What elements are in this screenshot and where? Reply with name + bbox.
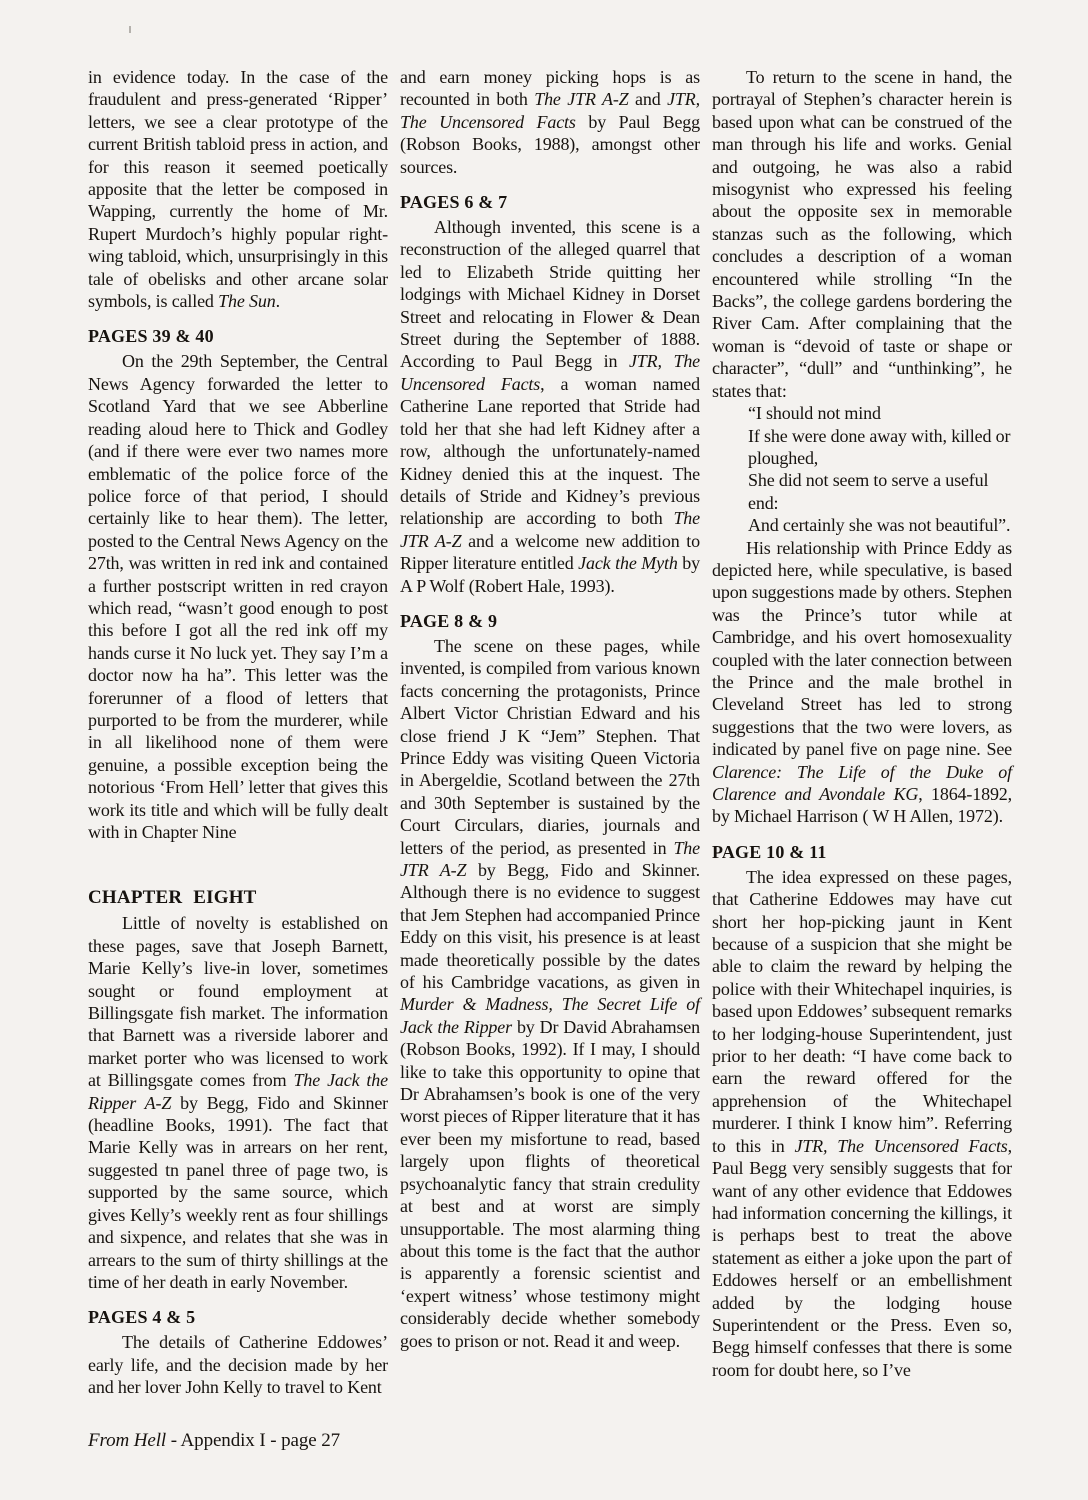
paragraph: His relationship with Prince Eddy as dep…: [712, 537, 1012, 828]
page-footer: From Hell - Appendix I - page 27: [88, 1430, 340, 1452]
book-page: in evidence today. In the case of the fr…: [0, 0, 1088, 1500]
section-heading-pages-6-7: PAGES 6 & 7: [400, 191, 700, 213]
section-heading-pages-39-40: PAGES 39 & 40: [88, 325, 388, 347]
verse-line: “I should not mind: [712, 402, 1012, 424]
section-heading-page-10-11: PAGE 10 & 11: [712, 841, 1012, 863]
column-2: and earn money picking hops is as recoun…: [400, 66, 700, 1399]
section-heading-page-8-9: PAGE 8 & 9: [400, 610, 700, 632]
paragraph: Although invented, this scene is a recon…: [400, 216, 700, 597]
scan-artifact: [129, 26, 131, 33]
paragraph: The details of Catherine Eddowes’ early …: [88, 1331, 388, 1398]
column-1: in evidence today. In the case of the fr…: [88, 66, 388, 1399]
column-layout: in evidence today. In the case of the fr…: [88, 66, 1012, 1399]
verse-quote: “I should not mind If she were done away…: [712, 402, 1012, 536]
paragraph: and earn money picking hops is as recoun…: [400, 66, 700, 178]
book-title: From Hell: [88, 1430, 166, 1451]
verse-line: If she were done away with, killed or pl…: [712, 425, 1012, 470]
paragraph: Little of novelty is established on thes…: [88, 912, 388, 1293]
paragraph: in evidence today. In the case of the fr…: [88, 66, 388, 312]
paragraph: On the 29th September, the Central News …: [88, 350, 388, 843]
paragraph: To return to the scene in hand, the port…: [712, 66, 1012, 402]
verse-line: She did not seem to serve a useful end:: [712, 469, 1012, 514]
chapter-eight-heading: CHAPTER EIGHT: [88, 887, 388, 909]
section-heading-pages-4-5: PAGES 4 & 5: [88, 1306, 388, 1328]
footer-label: - Appendix I - page 27: [166, 1430, 340, 1451]
paragraph: The idea expressed on these pages, that …: [712, 866, 1012, 1381]
verse-line: And certainly she was not beautiful”.: [712, 514, 1012, 536]
column-3: To return to the scene in hand, the port…: [712, 66, 1012, 1399]
paragraph: The scene on these pages, while invented…: [400, 635, 700, 1352]
